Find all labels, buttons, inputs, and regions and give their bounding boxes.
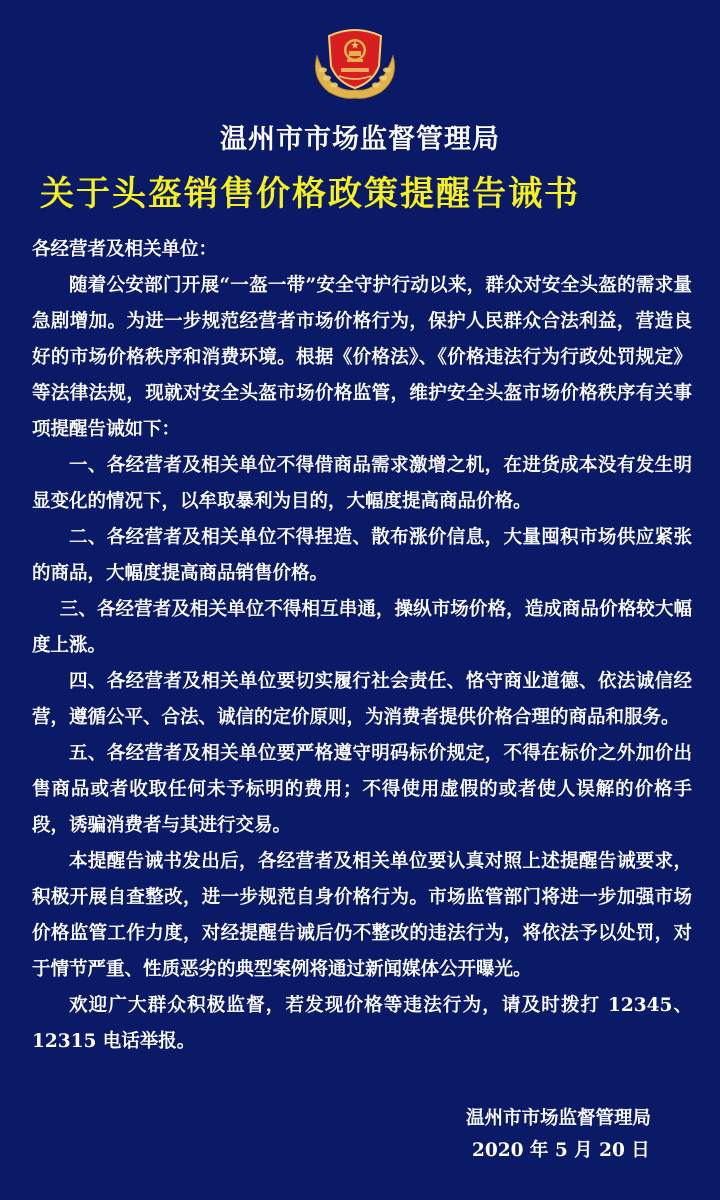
item-1: 一、各经营者及相关单位不得借商品需求激增之机，在进货成本没有发生明显变化的情况下… — [32, 448, 692, 520]
item-3: 三、各经营者及相关单位不得相互串通，操纵市场价格，造成商品价格较大幅度上涨。 — [32, 592, 692, 664]
hotline-paragraph: 欢迎广大群众积极监督，若发现价格等违法行为，请及时拨打 12345、12315 … — [32, 988, 692, 1060]
document-body: 各经营者及相关单位： 随着公安部门开展“一盔一带”安全守护行动以来，群众对安全头… — [32, 232, 692, 1060]
signature-org: 温州市市场监督管理局 — [466, 1103, 651, 1135]
item-5: 五、各经营者及相关单位要严格遵守明码标价规定，不得在标价之外加价出售商品或者收取… — [32, 736, 692, 844]
document-title: 关于头盔销售价格政策提醒告诫书 — [40, 166, 580, 215]
signature-block: 温州市市场监督管理局 2020 年 5 月 20 日 — [466, 1103, 651, 1167]
closing-paragraph: 本提醒告诫书发出后，各经营者及相关单位要认真对照上述提醒告诫要求，积极开展自查整… — [32, 844, 692, 988]
item-4: 四、各经营者及相关单位要切实履行社会责任、恪守商业道德、依法诚信经营，遵循公平、… — [32, 664, 692, 736]
org-title: 温州市市场监督管理局 — [0, 117, 720, 156]
salutation: 各经营者及相关单位： — [32, 232, 692, 268]
item-2: 二、各经营者及相关单位不得捏造、散布涨价信息，大量囤积市场供应紧张的商品，大幅度… — [32, 520, 692, 592]
signature-date: 2020 年 5 月 20 日 — [466, 1135, 651, 1167]
intro-paragraph: 随着公安部门开展“一盔一带”安全守护行动以来，群众对安全头盔的需求量急剧增加。为… — [32, 268, 692, 448]
market-supervision-emblem-icon — [307, 26, 403, 100]
